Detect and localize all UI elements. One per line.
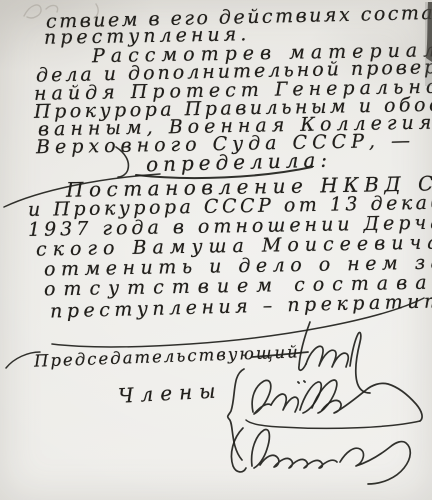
chairman-label: Председательствующий xyxy=(34,344,300,370)
chairman-signature xyxy=(299,322,370,393)
member-signature-2 xyxy=(231,428,410,484)
scanned-document-page: ствием в его действиях состава преступле… xyxy=(0,0,432,500)
ruling-heading: определила: xyxy=(146,150,333,175)
members-brace xyxy=(228,369,244,460)
member-signature-1 xyxy=(246,380,422,428)
members-label: Члены xyxy=(118,380,223,405)
